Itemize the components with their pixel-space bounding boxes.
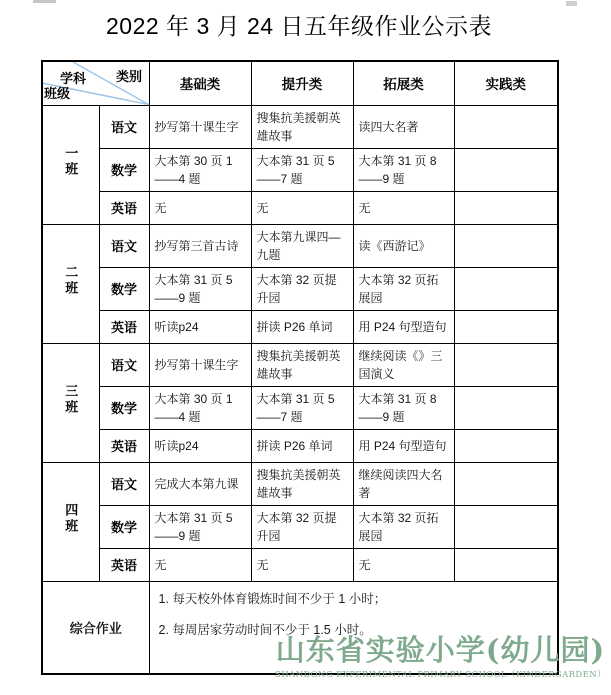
homework-cell [454, 310, 558, 343]
class-cell-4: 四班 [42, 462, 99, 581]
homework-table: 学科 类别 班级 基础类 提升类 拓展类 实践类 一班 语文 抄写第十课生字 搜… [41, 60, 559, 675]
column-header-basic: 基础类 [149, 61, 251, 105]
corner-cell: 学科 类别 班级 [42, 61, 149, 105]
corner-class-label: 班级 [44, 83, 70, 102]
class-name: 二班 [64, 265, 77, 297]
subject-cell: 语文 [99, 343, 149, 386]
table-row: 一班 语文 抄写第十课生字 搜集抗美援朝英雄故事 读四大名著 [42, 105, 558, 148]
homework-cell [454, 148, 558, 191]
homework-cell: 无 [353, 191, 454, 224]
homework-cell: 大本第 32 页提升园 [251, 505, 353, 548]
class-cell-3: 三班 [42, 343, 99, 462]
table-row: 英语 听读p24 拼读 P26 单词 用 P24 句型造句 [42, 310, 558, 343]
homework-cell [454, 191, 558, 224]
school-logo: 山东省实验小学(幼儿园) SHANDONG EXPERIMENTAL PRIMA… [275, 635, 606, 680]
class-cell-1: 一班 [42, 105, 99, 224]
homework-cell [454, 505, 558, 548]
subject-cell: 英语 [99, 548, 149, 581]
header-row: 学科 类别 班级 基础类 提升类 拓展类 实践类 [42, 61, 558, 105]
column-header-practice: 实践类 [454, 61, 558, 105]
homework-cell: 无 [251, 548, 353, 581]
homework-cell: 大本第 31 页 5——7 题 [251, 386, 353, 429]
homework-cell: 无 [149, 548, 251, 581]
table-row: 英语 听读p24 拼读 P26 单词 用 P24 句型造句 [42, 429, 558, 462]
table-row: 数学 大本第 31 页 5——9 题 大本第 32 页提升园 大本第 32 页拓… [42, 505, 558, 548]
homework-cell: 无 [149, 191, 251, 224]
homework-cell [454, 386, 558, 429]
subject-cell: 数学 [99, 386, 149, 429]
homework-cell: 无 [251, 191, 353, 224]
class-cell-2: 二班 [42, 224, 99, 343]
homework-cell: 无 [353, 548, 454, 581]
subject-cell: 语文 [99, 224, 149, 267]
homework-cell: 大本第 31 页 5——9 题 [149, 505, 251, 548]
homework-cell: 读《西游记》 [353, 224, 454, 267]
subject-cell: 数学 [99, 505, 149, 548]
homework-cell: 大本第 32 页拓展园 [353, 267, 454, 310]
homework-cell: 搜集抗美援朝英雄故事 [251, 462, 353, 505]
homework-cell: 大本第九课四—九题 [251, 224, 353, 267]
page-title: 2022 年 3 月 24 日五年级作业公示表 [0, 8, 598, 41]
class-name: 一班 [64, 146, 77, 178]
table-row: 数学 大本第 30 页 1——4 题 大本第 31 页 5——7 题 大本第 3… [42, 148, 558, 191]
homework-cell: 拼读 P26 单词 [251, 310, 353, 343]
homework-cell [454, 429, 558, 462]
homework-cell: 搜集抗美援朝英雄故事 [251, 105, 353, 148]
homework-cell: 读四大名著 [353, 105, 454, 148]
table-row: 数学 大本第 31 页 5——9 题 大本第 32 页提升园 大本第 32 页拓… [42, 267, 558, 310]
homework-cell: 大本第 30 页 1——4 题 [149, 386, 251, 429]
homework-cell: 听读p24 [149, 429, 251, 462]
homework-cell: 抄写第十课生字 [149, 343, 251, 386]
class-name: 四班 [64, 503, 77, 535]
subject-cell: 语文 [99, 105, 149, 148]
summary-line-1: 1. 每天校外体育锻炼时间不少于 1 小时； [159, 591, 552, 609]
homework-cell: 拼读 P26 单词 [251, 429, 353, 462]
homework-cell: 听读p24 [149, 310, 251, 343]
homework-cell [454, 224, 558, 267]
school-name-chinese: 山东省实验小学(幼儿园) [275, 635, 606, 667]
homework-cell: 大本第 30 页 1——4 题 [149, 148, 251, 191]
subject-cell: 数学 [99, 148, 149, 191]
homework-cell: 继续阅读四大名著 [353, 462, 454, 505]
homework-cell: 大本第 32 页提升园 [251, 267, 353, 310]
homework-cell: 抄写第十课生字 [149, 105, 251, 148]
homework-cell: 抄写第三首古诗 [149, 224, 251, 267]
summary-label: 综合作业 [42, 581, 149, 674]
subject-cell: 英语 [99, 429, 149, 462]
school-name-english: SHANDONG EXPERIMENTAL PRIMARY SCHOOL（KIN… [275, 668, 606, 680]
homework-cell: 大本第 31 页 8——9 题 [353, 386, 454, 429]
column-header-expand: 拓展类 [353, 61, 454, 105]
table-row: 二班 语文 抄写第三首古诗 大本第九课四—九题 读《西游记》 [42, 224, 558, 267]
column-header-improve: 提升类 [251, 61, 353, 105]
table-row: 数学 大本第 30 页 1——4 题 大本第 31 页 5——7 题 大本第 3… [42, 386, 558, 429]
table-row: 四班 语文 完成大本第九课 搜集抗美援朝英雄故事 继续阅读四大名著 [42, 462, 558, 505]
table-row: 英语 无 无 无 [42, 191, 558, 224]
homework-cell: 完成大本第九课 [149, 462, 251, 505]
homework-cell: 用 P24 句型造句 [353, 429, 454, 462]
subject-cell: 英语 [99, 191, 149, 224]
table-row: 三班 语文 抄写第十课生字 搜集抗美援朝英雄故事 继续阅读《》三国演义 [42, 343, 558, 386]
homework-cell [454, 105, 558, 148]
subject-cell: 英语 [99, 310, 149, 343]
homework-cell [454, 548, 558, 581]
subject-cell: 语文 [99, 462, 149, 505]
homework-cell: 大本第 32 页拓展园 [353, 505, 454, 548]
homework-cell: 搜集抗美援朝英雄故事 [251, 343, 353, 386]
homework-cell: 大本第 31 页 5——7 题 [251, 148, 353, 191]
homework-cell: 大本第 31 页 8——9 题 [353, 148, 454, 191]
class-name: 三班 [64, 384, 77, 416]
homework-cell: 大本第 31 页 5——9 题 [149, 267, 251, 310]
homework-cell [454, 267, 558, 310]
subject-cell: 数学 [99, 267, 149, 310]
table-row: 英语 无 无 无 [42, 548, 558, 581]
corner-category-label: 类别 [116, 66, 142, 85]
screenshot-artifact-right [566, 1, 577, 6]
homework-cell [454, 462, 558, 505]
screenshot-artifact-left [33, 0, 56, 3]
homework-cell: 继续阅读《》三国演义 [353, 343, 454, 386]
homework-cell: 用 P24 句型造句 [353, 310, 454, 343]
homework-cell [454, 343, 558, 386]
